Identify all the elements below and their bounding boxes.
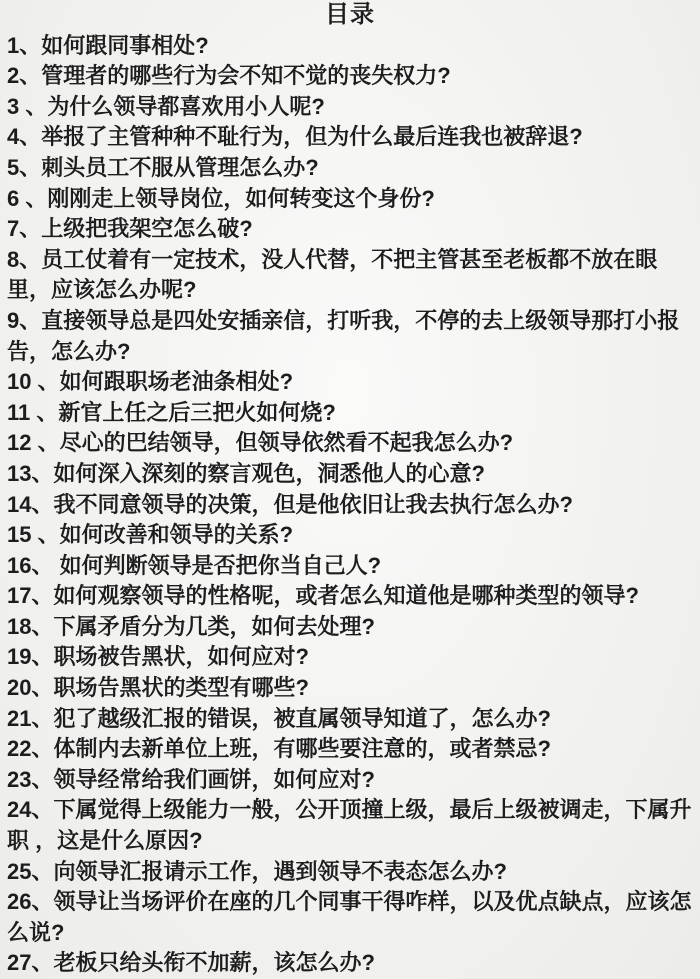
toc-item: 25、向领导汇报请示工作，遇到领导不表态怎么办? — [7, 857, 693, 888]
toc-item: 18、下属矛盾分为几类，如何去处理? — [7, 612, 693, 643]
toc-item: 11 、新官上任之后三把火如何烧? — [7, 398, 693, 429]
toc-item: 9、直接领导总是四处安插亲信，打听我，不停的去上级领导那打小报告，怎么办? — [7, 306, 693, 367]
toc-item: 21、犯了越级汇报的错误，被直属领导知道了，怎么办? — [7, 704, 693, 735]
toc-item: 1、如何跟同事相处? — [7, 31, 693, 62]
toc-item: 26、领导让当场评价在座的几个同事干得咋样，以及优点缺点，应该怎么说? — [7, 887, 693, 948]
toc-item: 4、举报了主管种种不耻行为，但为什么最后连我也被辞退? — [7, 122, 693, 153]
toc-item: 3 、为什么领导都喜欢用小人呢? — [7, 92, 693, 123]
document-page: 目录 1、如何跟同事相处? 2、管理者的哪些行为会不知不觉的丧失权力? 3 、为… — [0, 0, 700, 979]
toc-item: 14、我不同意领导的决策，但是他依旧让我去执行怎么办? — [7, 490, 693, 521]
toc-item: 10 、如何跟职场老油条相处? — [7, 367, 693, 398]
toc-item: 24、下属觉得上级能力一般，公开顶撞上级，最后上级被调走，下属升职 ，这是什么原… — [7, 795, 693, 856]
toc-item: 8、员工仗着有一定技术，没人代替，不把主管甚至老板都不放在眼里，应该怎么办呢? — [7, 245, 693, 306]
toc-item: 23、领导经常给我们画饼，如何应对? — [7, 765, 693, 796]
toc-item: 22、体制内去新单位上班，有哪些要注意的，或者禁忌? — [7, 734, 693, 765]
toc-item: 7、上级把我架空怎么破? — [7, 214, 693, 245]
toc-item: 16、 如何判断领导是否把你当自己人? — [7, 551, 693, 582]
page-title: 目录 — [7, 0, 693, 31]
toc-item: 17、如何观察领导的性格呢，或者怎么知道他是哪种类型的领导? — [7, 581, 693, 612]
toc-item: 6 、刚刚走上领导岗位，如何转变这个身份? — [7, 184, 693, 215]
toc-item: 12 、尽心的巴结领导，但领导依然看不起我怎么办? — [7, 428, 693, 459]
toc-item: 15 、如何改善和领导的关系? — [7, 520, 693, 551]
toc-item: 19、职场被告黑状，如何应对? — [7, 642, 693, 673]
toc-item: 5、刺头员工不服从管理怎么办? — [7, 153, 693, 184]
toc-item: 13、如何深入深刻的察言观色，洞悉他人的心意? — [7, 459, 693, 490]
toc-item: 2、管理者的哪些行为会不知不觉的丧失权力? — [7, 61, 693, 92]
toc-item: 27、老板只给头衔不加薪，该怎么办? — [7, 948, 693, 979]
toc-item: 20、职场告黑状的类型有哪些? — [7, 673, 693, 704]
